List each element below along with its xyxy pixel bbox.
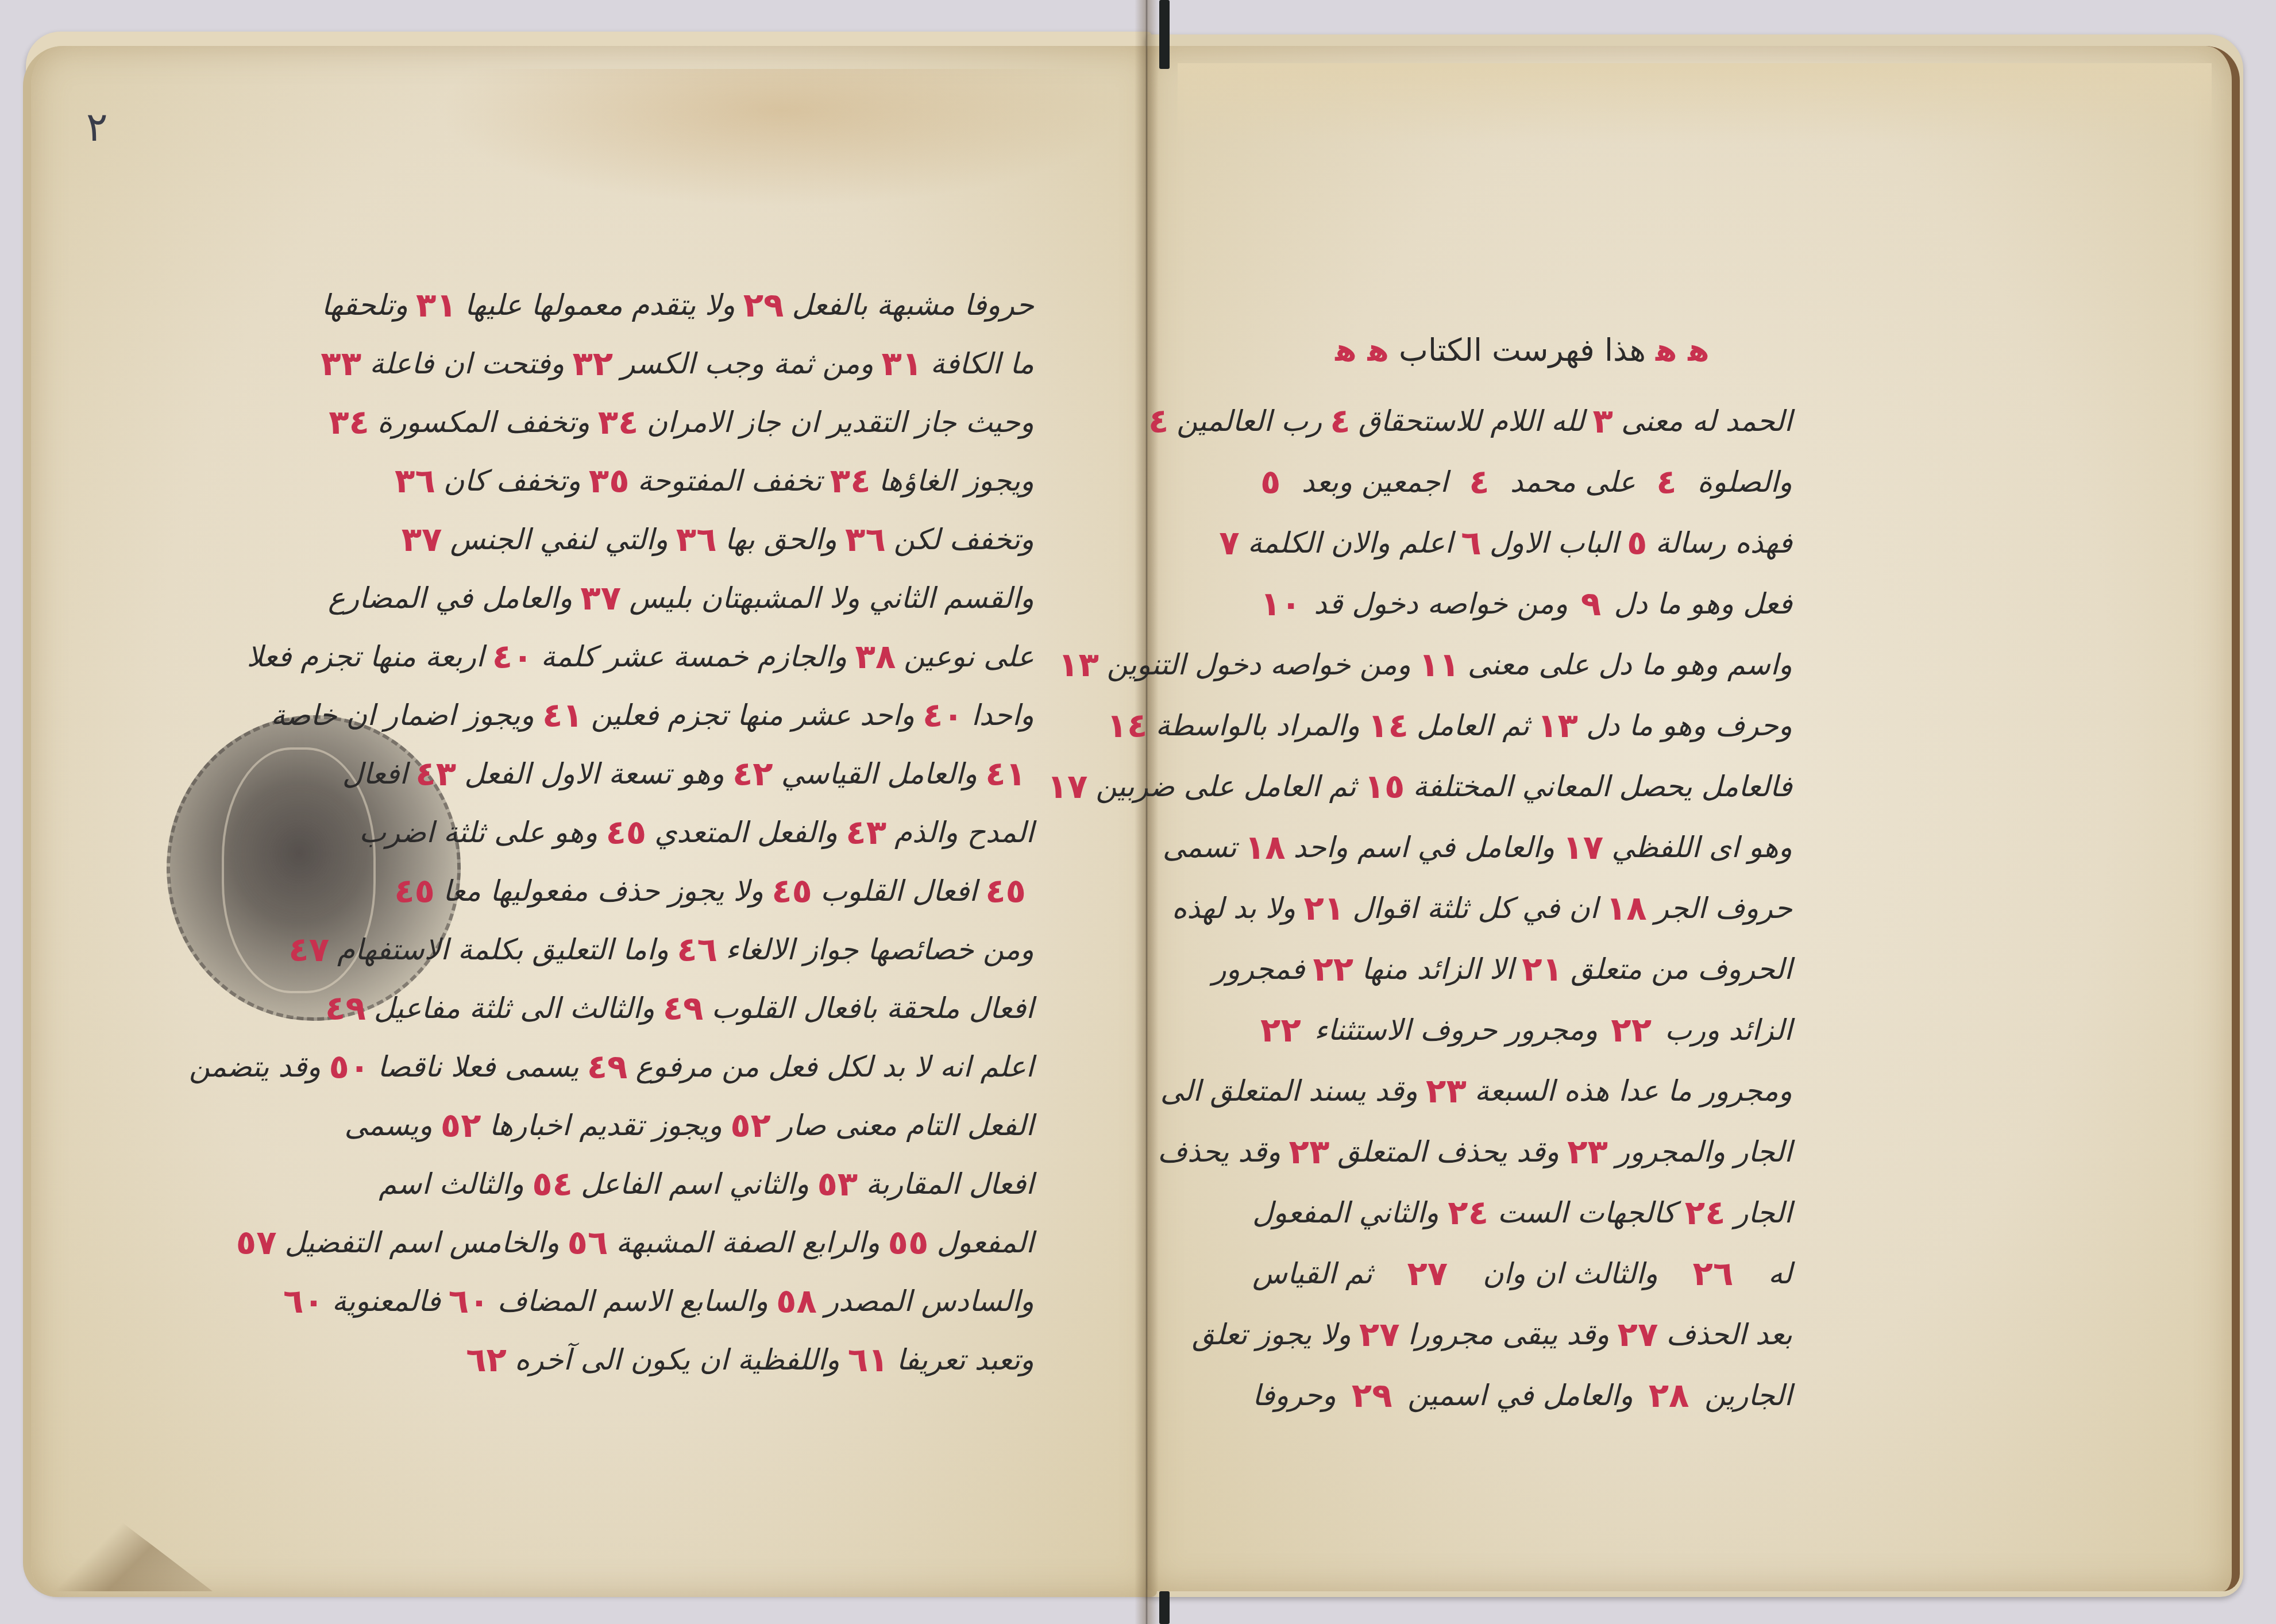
- page-reference-number: ٢٣: [1426, 1071, 1467, 1110]
- index-entry-text: افعال القلوب: [820, 874, 977, 908]
- page-reference-number: ٣٤: [598, 403, 639, 442]
- index-entry-text: والثالث اسم: [379, 1167, 524, 1201]
- index-line: له٢٦والثالث ان وان٢٧ثم القياس: [1252, 1243, 1792, 1304]
- index-line: الجارين٢٨والعامل في اسمين٢٩وحروفا: [1252, 1365, 1792, 1426]
- index-line: الحمد له معنى٣لله اللام للاستحقاق٤رب الع…: [1252, 391, 1792, 452]
- index-entry-text: ويجوز الغاؤها: [879, 464, 1034, 497]
- index-entry-text: فهذه رسالة: [1655, 526, 1792, 560]
- page-reference-number: ٦٠: [283, 1282, 324, 1321]
- index-entry-text: واحدا: [971, 699, 1034, 732]
- binding-thread-icon: [1159, 0, 1170, 69]
- index-line: والقسم الثاني ولا المشبهتان بليس٣٧والعام…: [494, 569, 1034, 627]
- index-entry-text: والثالث ان وان: [1483, 1257, 1658, 1290]
- page-reference-number: ٤٩: [325, 989, 366, 1028]
- index-entry-text: ولا يتقدم معمولها عليها: [465, 288, 735, 322]
- page-reference-number: ٩: [1581, 584, 1601, 623]
- index-entry-text: وحرف وهو ما دل: [1586, 709, 1792, 742]
- index-line: فالعامل يحصل المعاني المختلفة١٥ثم العامل…: [1252, 756, 1792, 817]
- index-entry-text: ومن خواصه دخول قد: [1314, 587, 1568, 620]
- page-reference-number: ٦: [1461, 523, 1481, 562]
- page-reference-number: ٢٢: [1313, 950, 1353, 989]
- index-entry-text: وقد يحذف المتعلق: [1337, 1135, 1559, 1168]
- index-entry-text: على نوعين: [904, 640, 1034, 673]
- index-line: فهذه رسالة٥الباب الاول٦اعلم والان الكلمة…: [1252, 512, 1792, 573]
- index-entry-text: الحروف من متعلق: [1571, 952, 1792, 986]
- index-entry-text: ومن خصائصها جواز الالغاء: [726, 933, 1034, 966]
- index-entry-text: والخامس اسم التفضيل: [285, 1226, 560, 1259]
- index-line: واحدا٤٠واحد عشر منها تجزم فعلين٤١ويجوز ا…: [494, 686, 1034, 745]
- index-entry-text: ان في كل ثلثة اقوال: [1352, 892, 1598, 925]
- index-line: الجار٢٤كالجهات الست٢٤والثاني المفعول: [1252, 1182, 1792, 1243]
- page-reference-number: ٢٣: [1289, 1132, 1330, 1171]
- index-entry-text: وتلحقها: [322, 288, 408, 322]
- index-entry-text: والرابع الصفة المشبهة: [616, 1226, 879, 1259]
- index-entry-text: ما الكافة: [930, 347, 1034, 380]
- page-reference-number: ١٧: [1047, 767, 1088, 806]
- index-entry-text: الفعل التام معنى صار: [779, 1109, 1034, 1142]
- page-reference-number: ٦٠: [449, 1282, 489, 1321]
- page-reference-number: ٤٩: [663, 989, 704, 1028]
- binding-thread-icon: [1159, 1591, 1170, 1624]
- index-entry-text: ثم العامل: [1417, 709, 1529, 742]
- index-entry-text: ولا يجوز تعلق: [1192, 1318, 1351, 1351]
- index-entry-text: ويسمى: [345, 1109, 433, 1142]
- index-entry-text: والثالث الى ثلثة مفاعيل: [374, 992, 655, 1025]
- page-reference-number: ١٨: [1245, 828, 1286, 867]
- page-reference-number: ١١: [1419, 645, 1460, 684]
- index-entry-text: واما التعليق بكلمة الاستفهام: [337, 933, 669, 966]
- index-entry-text: واسم وهو ما دل على معنى: [1468, 648, 1792, 681]
- page-reference-number: ٣٤: [830, 461, 871, 500]
- index-entry-text: فعل وهو ما دل: [1614, 587, 1792, 620]
- index-entry-text: والعامل القياسي: [781, 757, 977, 790]
- index-line: وتعبد تعريفا٦١واللفظية ان يكون الى آخره٦…: [494, 1330, 1034, 1389]
- index-line: ٤٥افعال القلوب٤٥ولا يجوز حذف مفعوليها مع…: [494, 862, 1034, 920]
- index-line: الحروف من متعلق٢١الا الزائد منها٢٢فمجرور: [1252, 939, 1792, 1000]
- page-reference-number: ٤١: [985, 754, 1026, 793]
- page-reference-number: ٣٨: [855, 637, 896, 676]
- page-reference-number: ٤: [1656, 462, 1676, 502]
- page-reference-number: ٤٥: [771, 871, 812, 911]
- page-reference-number: ١٠: [1260, 584, 1301, 623]
- page-reference-number: ٢٢: [1260, 1010, 1301, 1050]
- index-entry-text: وقد يبقى مجرورا: [1408, 1318, 1610, 1351]
- page-reference-number: ٦٢: [466, 1340, 507, 1379]
- index-entry-text: والمراد بالواسطة: [1155, 709, 1360, 742]
- page-reference-number: ٢٢: [1611, 1010, 1652, 1050]
- index-line: الزائد ورب٢٢ومجرور حروف الاستثناء٢٢: [1252, 1000, 1792, 1060]
- index-line: المفعول٥٥والرابع الصفة المشبهة٥٦والخامس …: [494, 1213, 1034, 1272]
- index-entry-text: ثم القياس: [1252, 1257, 1372, 1290]
- page-reference-number: ٤٥: [394, 871, 435, 911]
- index-entry-text: والثاني المفعول: [1252, 1196, 1439, 1229]
- right-page-index-text: ﻫ ﻫ هذا فهرست الكتاب ﻫ ﻫ الحمد له معنى٣ل…: [1252, 322, 1792, 1426]
- index-entry-text: وقد يتضمن: [189, 1050, 321, 1083]
- page-reference-number: ٢٤: [1685, 1193, 1726, 1232]
- index-entry-text: افعال ملحقة بافعال القلوب: [712, 992, 1034, 1025]
- page-reference-number: ٢٧: [1359, 1315, 1400, 1354]
- page-reference-number: ٥٦: [568, 1223, 608, 1262]
- index-entry-text: تسمى: [1163, 831, 1237, 864]
- index-line: افعال المقاربة٥٣والثاني اسم الفاعل٥٤والث…: [494, 1155, 1034, 1213]
- page-reference-number: ٣: [1593, 402, 1613, 441]
- page-reference-number: ٤٢: [732, 754, 773, 793]
- index-entry-text: ولا بد لهذه: [1172, 892, 1295, 925]
- index-entry-text: تخفف المفتوحة: [638, 464, 822, 497]
- page-reference-number: ٣٧: [580, 578, 621, 618]
- index-line: الجار والمجرور٢٣وقد يحذف المتعلق٢٣وقد يح…: [1252, 1121, 1792, 1182]
- index-entry-text: حروف الجر: [1655, 892, 1792, 925]
- index-line: وحيث جاز التقدير ان جاز الامران٣٤وتخفف ا…: [494, 393, 1034, 452]
- index-line: ومجرور ما عدا هذه السبعة٢٣وقد يسند المتع…: [1252, 1060, 1792, 1121]
- index-entry-text: افعال المقاربة: [866, 1167, 1034, 1201]
- index-entry-text: الجارين: [1704, 1379, 1792, 1412]
- index-line: حروف الجر١٨ان في كل ثلثة اقوال٢١ولا بد ل…: [1252, 878, 1792, 939]
- index-entry-text: ومن خواصه دخول التنوين: [1107, 648, 1411, 681]
- index-entry-text: الباب الاول: [1490, 526, 1619, 560]
- page-reference-number: ٤٥: [605, 813, 646, 852]
- index-line: وهو اى اللفظي١٧والعامل في اسم واحد١٨تسمى: [1252, 817, 1792, 878]
- index-line: ويجوز الغاؤها٣٤تخفف المفتوحة٣٥وتخفف كان٣…: [494, 452, 1034, 510]
- page-reference-number: ٣٢: [572, 344, 613, 383]
- index-heading: ﻫ ﻫ هذا فهرست الكتاب ﻫ ﻫ: [1252, 322, 1792, 379]
- page-reference-number: ٥٧: [236, 1223, 277, 1262]
- index-entry-text: ويجوز اضمار ان خاصة: [271, 699, 534, 732]
- page-reference-number: ١٨: [1606, 889, 1647, 928]
- page-reference-number: ٢٧: [1407, 1254, 1448, 1293]
- page-reference-number: ٤٥: [985, 871, 1026, 911]
- index-entry-text: افعال: [342, 757, 407, 790]
- open-manuscript: ٢ حروفا مشبهة بالفعل٢٩ولا يتقدم معمولها …: [0, 0, 2276, 1624]
- water-stain: [1178, 63, 2212, 144]
- page-reference-number: ٤: [1330, 402, 1350, 441]
- page-reference-number: ٣٦: [395, 461, 435, 500]
- index-entry-text: وهو اى اللفظي: [1611, 831, 1792, 864]
- index-entry-text: اعلم والان الكلمة: [1248, 526, 1453, 560]
- index-line: افعال ملحقة بافعال القلوب٤٩والثالث الى ث…: [494, 979, 1034, 1037]
- index-line: والصلوة٤على محمد٤اجمعين وبعد٥: [1252, 452, 1792, 512]
- page-reference-number: ٦١: [848, 1340, 889, 1379]
- index-entry-text: المدح والذم: [894, 816, 1034, 849]
- page-reference-number: ٣١: [882, 344, 923, 383]
- index-entry-text: والحق بها: [725, 523, 837, 556]
- page-reference-number: ٤٦: [677, 930, 717, 969]
- index-entry-text: اربعة منها تجزم فعلا: [246, 640, 484, 673]
- index-entry-text: ومجرور حروف الاستثناء: [1314, 1013, 1598, 1047]
- page-reference-number: ١٣: [1537, 706, 1578, 745]
- index-entry-text: اجمعين وبعد: [1302, 465, 1448, 499]
- index-entry-text: اعلم انه لا بد لكل فعل من مرفوع: [636, 1050, 1034, 1083]
- index-entry-text: ولا يجوز حذف مفعوليها معا: [443, 874, 763, 908]
- index-lines: الحمد له معنى٣لله اللام للاستحقاق٤رب الع…: [1252, 391, 1792, 1426]
- index-line: على نوعين٣٨والجازم خمسة عشر كلمة٤٠اربعة …: [494, 627, 1034, 686]
- page-reference-number: ١٧: [1563, 828, 1603, 867]
- index-entry-text: والصلوة: [1698, 465, 1792, 499]
- page-reference-number: ٣١: [416, 286, 457, 325]
- index-line: فعل وهو ما دل٩ومن خواصه دخول قد١٠: [1252, 573, 1792, 634]
- index-line: وحرف وهو ما دل١٣ثم العامل١٤والمراد بالوا…: [1252, 695, 1792, 756]
- index-entry-text: فمجرور: [1212, 952, 1305, 986]
- heading-title: هذا فهرست الكتاب: [1399, 332, 1646, 368]
- index-entry-text: بعد الحذف: [1666, 1318, 1792, 1351]
- index-line: والسادس المصدر٥٨والسابع الاسم المضاف٦٠فا…: [494, 1272, 1034, 1330]
- index-entry-text: واحد عشر منها تجزم فعلين: [591, 699, 915, 732]
- page-reference-number: ٣٦: [676, 520, 717, 559]
- index-entry-text: والفعل المتعدي: [654, 816, 838, 849]
- page-reference-number: ٤٣: [846, 813, 886, 852]
- page-reference-number: ١٣: [1058, 645, 1099, 684]
- page-reference-number: ٤٣: [415, 754, 456, 793]
- heading-ornament: ﻫ ﻫ: [1335, 332, 1389, 368]
- page-reference-number: ٤: [1148, 402, 1168, 441]
- index-entry-text: والسابع الاسم المضاف: [497, 1284, 768, 1318]
- book-spine-gutter: [1135, 0, 1159, 1624]
- index-line: واسم وهو ما دل على معنى١١ومن خواصه دخول …: [1252, 634, 1792, 695]
- page-reference-number: ١٤: [1107, 706, 1148, 745]
- water-stain: [437, 69, 1126, 207]
- index-entry-text: ويجوز تقديم اخبارها: [489, 1109, 723, 1142]
- index-entry-text: كالجهات الست: [1498, 1196, 1676, 1229]
- index-entry-text: له: [1768, 1257, 1792, 1290]
- page-reference-number: ٤: [1469, 462, 1489, 502]
- index-entry-text: والعامل في المضارع: [328, 581, 572, 615]
- index-line: الفعل التام معنى صار٥٢ويجوز تقديم اخباره…: [494, 1096, 1034, 1155]
- page-reference-number: ٢٦: [1693, 1254, 1734, 1293]
- page-reference-number: ٤٠: [923, 696, 963, 735]
- page-reference-number: ٢١: [1303, 889, 1344, 928]
- page-reference-number: ٢٣: [1567, 1132, 1608, 1171]
- heading-ornament: ﻫ ﻫ: [1656, 332, 1710, 368]
- page-reference-number: ٥٠: [329, 1047, 370, 1086]
- index-entry-text: وهو على ثلثة اضرب: [359, 816, 597, 849]
- index-entry-text: فالعامل يحصل المعاني المختلفة: [1413, 770, 1793, 803]
- index-entry-text: والعامل في اسم واحد: [1294, 831, 1555, 864]
- page-reference-number: ٤٧: [288, 930, 329, 969]
- page-reference-number: ١٤: [1368, 706, 1409, 745]
- index-entry-text: وقد يسند المتعلق الى: [1160, 1074, 1418, 1108]
- page-reference-number: ٥٨: [776, 1282, 817, 1321]
- folio-number: ٢: [86, 103, 108, 151]
- index-entry-text: ومجرور ما عدا هذه السبعة: [1475, 1074, 1792, 1108]
- index-entry-text: لله اللام للاستحقاق: [1359, 404, 1585, 438]
- index-entry-text: رب العالمين: [1176, 404, 1322, 438]
- index-entry-text: والجازم خمسة عشر كلمة: [541, 640, 847, 673]
- index-entry-text: الحمد له معنى: [1621, 404, 1792, 438]
- page-reference-number: ١٥: [1364, 767, 1405, 806]
- page-reference-number: ٥: [1627, 523, 1647, 562]
- page-reference-number: ٥٥: [888, 1223, 929, 1262]
- index-entry-text: وتخفف لكن: [894, 523, 1034, 556]
- index-entry-text: وتعبد تعريفا: [897, 1343, 1034, 1376]
- index-entry-text: وفتحت ان فاعلة: [369, 347, 564, 380]
- index-entry-text: ومن ثمة وجب الكسر: [621, 347, 873, 380]
- index-entry-text: ثم العامل على ضربين: [1096, 770, 1356, 803]
- index-entry-text: وقد يحذف: [1158, 1135, 1280, 1168]
- page-reference-number: ٣٧: [402, 520, 442, 559]
- index-line: ما الكافة٣١ومن ثمة وجب الكسر٣٢وفتحت ان ف…: [494, 334, 1034, 393]
- index-entry-text: الا الزائد منها: [1361, 952, 1514, 986]
- page-reference-number: ٢٩: [743, 286, 784, 325]
- index-entry-text: الجار: [1734, 1196, 1792, 1229]
- page-reference-number: ٥٢: [441, 1106, 481, 1145]
- page-reference-number: ٣٥: [589, 461, 630, 500]
- index-entry-text: والتي لنفي الجنس: [450, 523, 668, 556]
- page-reference-number: ٢٨: [1649, 1376, 1689, 1415]
- page-reference-number: ٣٤: [329, 403, 369, 442]
- page-reference-number: ٢٤: [1448, 1193, 1488, 1232]
- page-reference-number: ٢٧: [1618, 1315, 1658, 1354]
- index-entry-text: والثاني اسم الفاعل: [581, 1167, 809, 1201]
- page-reference-number: ٢١: [1522, 950, 1563, 989]
- page-reference-number: ٤١: [542, 696, 583, 735]
- left-page-index-text: حروفا مشبهة بالفعل٢٩ولا يتقدم معمولها عل…: [494, 276, 1034, 1389]
- index-entry-text: والقسم الثاني ولا المشبهتان بليس: [629, 581, 1034, 615]
- index-entry-text: والسادس المصدر: [825, 1284, 1034, 1318]
- page-reference-number: ٥٤: [532, 1164, 573, 1203]
- page-reference-number: ٧: [1219, 523, 1239, 562]
- index-entry-text: واللفظية ان يكون الى آخره: [515, 1343, 840, 1376]
- index-entry-text: وتخفف المكسورة: [377, 406, 590, 439]
- index-entry-text: المفعول: [936, 1226, 1034, 1259]
- index-entry-text: حروفا مشبهة بالفعل: [792, 288, 1034, 322]
- index-entry-text: وهو تسعة الاول الفعل: [464, 757, 724, 790]
- index-entry-text: فالمعنوية: [332, 1284, 441, 1318]
- page-reference-number: ٥: [1260, 462, 1280, 502]
- page-reference-number: ٣٦: [845, 520, 886, 559]
- index-line: ٤١والعامل القياسي٤٢وهو تسعة الاول الفعل٤…: [494, 745, 1034, 803]
- index-entry-text: والعامل في اسمين: [1407, 1379, 1633, 1412]
- index-line: ومن خصائصها جواز الالغاء٤٦واما التعليق ب…: [494, 920, 1034, 979]
- page-reference-number: ٤٩: [587, 1047, 628, 1086]
- index-entry-text: الجار والمجرور: [1616, 1135, 1792, 1168]
- index-line: المدح والذم٤٣والفعل المتعدي٤٥وهو على ثلث…: [494, 803, 1034, 862]
- index-line: حروفا مشبهة بالفعل٢٩ولا يتقدم معمولها عل…: [494, 276, 1034, 334]
- index-entry-text: وحروفا: [1252, 1379, 1336, 1412]
- page-reference-number: ٥٢: [730, 1106, 771, 1145]
- index-line: بعد الحذف٢٧وقد يبقى مجرورا٢٧ولا يجوز تعل…: [1252, 1304, 1792, 1365]
- index-entry-text: على محمد: [1510, 465, 1635, 499]
- index-entry-text: يسمى فعلا ناقصا: [377, 1050, 578, 1083]
- page-reference-number: ٥٣: [817, 1164, 858, 1203]
- page-reference-number: ٢٩: [1352, 1376, 1392, 1415]
- page-reference-number: ٣٣: [321, 344, 361, 383]
- page-reference-number: ٤٠: [492, 637, 533, 676]
- index-entry-text: وتخفف كان: [443, 464, 581, 497]
- index-line: وتخفف لكن٣٦والحق بها٣٦والتي لنفي الجنس٣٧: [494, 510, 1034, 569]
- index-line: اعلم انه لا بد لكل فعل من مرفوع٤٩يسمى فع…: [494, 1037, 1034, 1096]
- index-entry-text: الزائد ورب: [1665, 1013, 1792, 1047]
- index-entry-text: وحيث جاز التقدير ان جاز الامران: [646, 406, 1034, 439]
